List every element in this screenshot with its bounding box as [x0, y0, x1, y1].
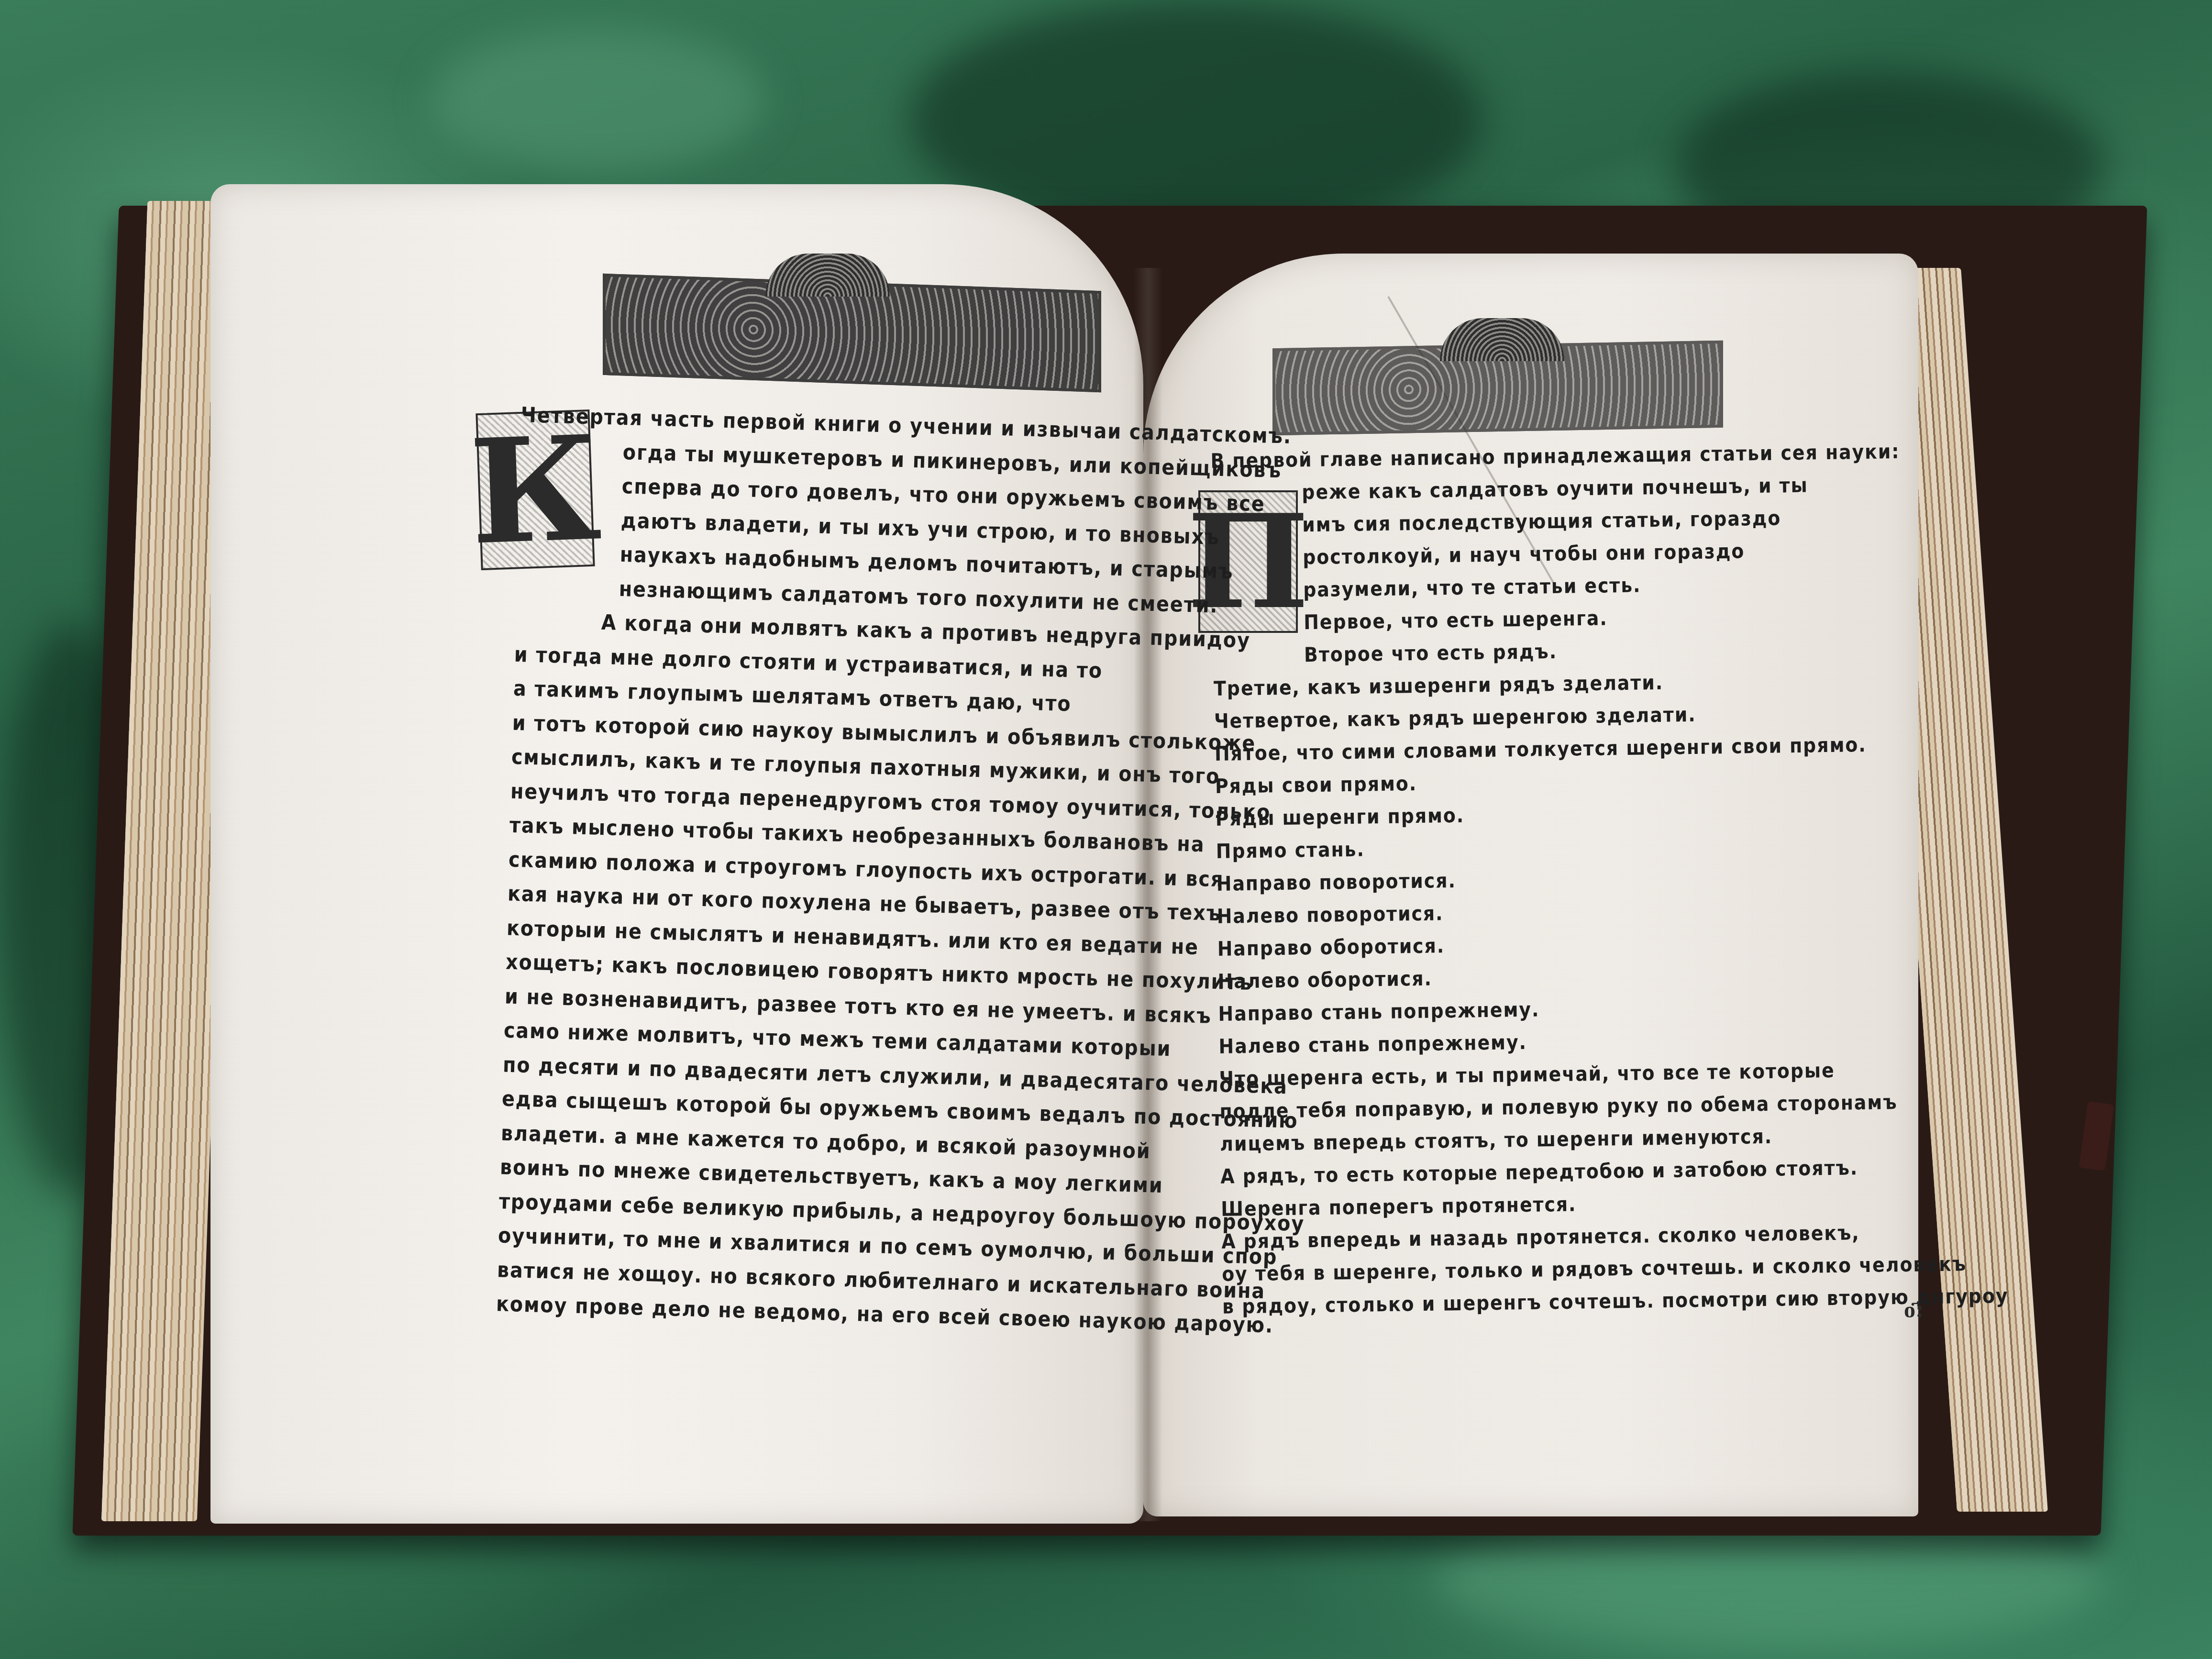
fabric-fold-highlight	[431, 29, 765, 172]
right-page-text: В первой главе написано принадлежащия ст…	[1210, 436, 1854, 1323]
signature-mark: о҃:	[1904, 1296, 1924, 1323]
left-page-text: Четвертая часть первой книги о учении и …	[496, 398, 1124, 1338]
